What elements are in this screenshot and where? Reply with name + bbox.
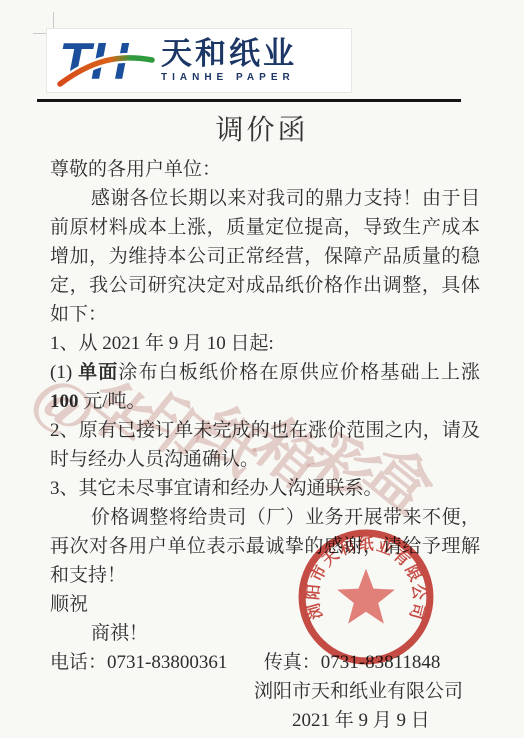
letter-body: 尊敬的各用户单位： 感谢各位长期以来对我司的鼎力支持！由于目前原材料成本上涨，质… xyxy=(50,155,480,735)
list-item-1: 1、从 2021 年 9 月 10 日起: xyxy=(50,329,480,358)
phone-number: 0731-83800361 xyxy=(107,652,227,673)
item1a-mid: 涂布白板纸价格在原供应价格基础上上涨 xyxy=(118,362,480,383)
header-divider xyxy=(37,99,461,102)
fax-number: 0731-83811848 xyxy=(321,652,441,673)
company-name-cn: 天和纸业 xyxy=(161,38,297,71)
list-item-3: 3、其它未尽事宜请和经办人沟通联系。 xyxy=(50,474,480,503)
list-item-2: 2、原有已接订单未完成的也在涨价范围之内，请及时与经办人员沟通确认。 xyxy=(50,416,480,474)
greeting-line: 尊敬的各用户单位： xyxy=(50,155,480,184)
scanned-letter-page: TH 天和纸业 TIANHE PAPER 调价函 尊敬的各用户单位： 感谢各位长… xyxy=(0,0,524,738)
th-logo-icon: TH xyxy=(57,32,155,90)
phone-label: 电话： xyxy=(50,652,107,673)
fax-label: 传真： xyxy=(264,652,321,673)
paragraph-intro: 感谢各位长期以来对我司的鼎力支持！由于目前原材料成本上涨，质量定位提高，导致生产… xyxy=(50,184,480,329)
item1a-prefix: (1) xyxy=(50,362,78,383)
wish-line-2: 商祺！ xyxy=(50,619,480,648)
contact-line: 电话：0731-83800361 传真：0731-83811848 xyxy=(50,648,480,677)
paragraph-closing: 价格调整将给贵司（厂）业务开展带来不便，再次对各用户单位表示最诚挚的感谢，请给予… xyxy=(50,503,480,590)
fax-block: 传真：0731-83811848 xyxy=(264,652,441,673)
list-item-1a: (1) 单面涂布白板纸价格在原供应价格基础上上涨 100 元/吨。 xyxy=(50,358,480,416)
signature-date: 2021 年 9 月 9 日 xyxy=(50,706,480,735)
document-title: 调价函 xyxy=(0,108,524,148)
item1a-bold-100: 100 xyxy=(50,391,79,412)
company-name-en: TIANHE PAPER xyxy=(161,72,297,83)
item1a-suffix: 元/吨。 xyxy=(79,391,146,412)
signature-company: 浏阳市天和纸业有限公司 xyxy=(50,677,480,706)
phone-block: 电话：0731-83800361 xyxy=(50,648,259,677)
item1a-bold-danmian: 单面 xyxy=(78,362,118,383)
wish-line-1: 顺祝 xyxy=(50,590,480,619)
company-logo: TH 天和纸业 TIANHE PAPER xyxy=(46,28,352,93)
